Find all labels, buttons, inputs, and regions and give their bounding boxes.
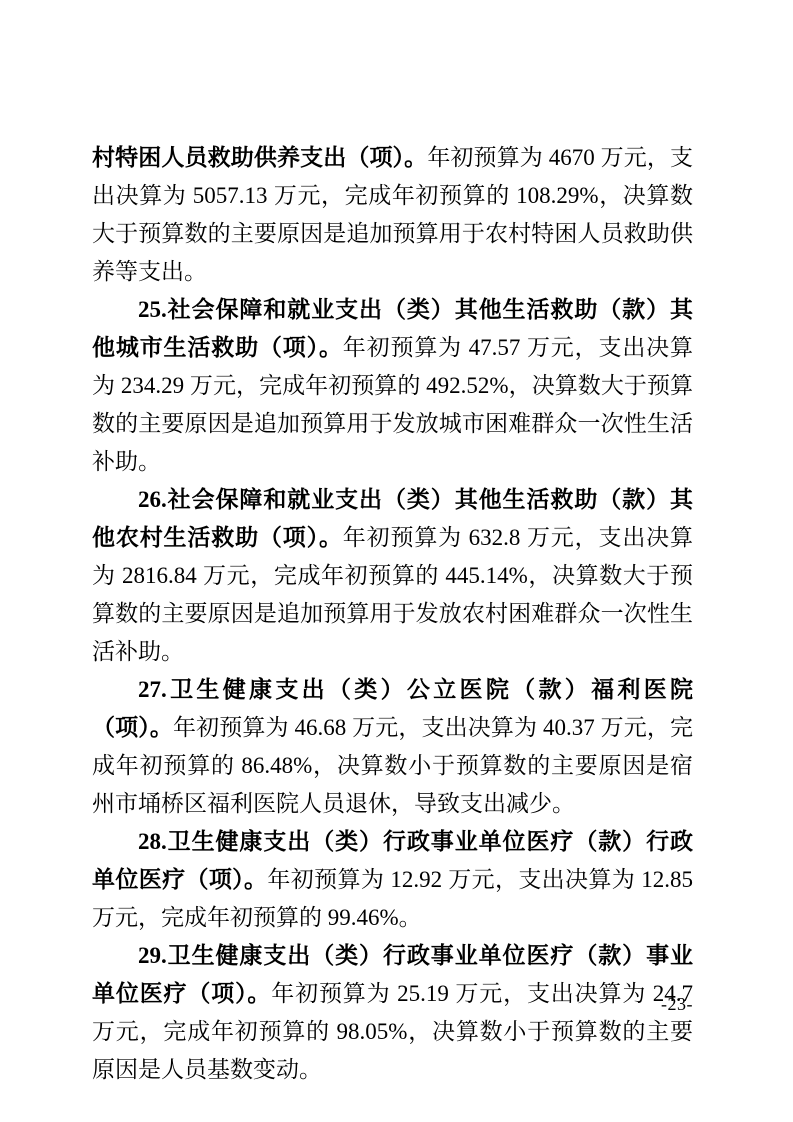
- page-number: -23-: [661, 994, 693, 1014]
- item-heading: 村特困人员救助供养支出（项）。: [92, 145, 427, 170]
- paragraph-continued: 村特困人员救助供养支出（项）。年初预算为 4670 万元，支出决算为 5057.…: [92, 139, 693, 291]
- document-body: 村特困人员救助供养支出（项）。年初预算为 4670 万元，支出决算为 5057.…: [92, 139, 693, 1089]
- document-page: 村特困人员救助供养支出（项）。年初预算为 4670 万元，支出决算为 5057.…: [0, 0, 793, 1122]
- paragraph-item-27: 27.卫生健康支出（类）公立医院（款）福利医院（项）。年初预算为 46.68 万…: [92, 671, 693, 823]
- paragraph-item-25: 25.社会保障和就业支出（类）其他生活救助（款）其他城市生活救助（项）。年初预算…: [92, 291, 693, 481]
- paragraph-item-28: 28.卫生健康支出（类）行政事业单位医疗（款）行政单位医疗（项）。年初预算为 1…: [92, 823, 693, 937]
- paragraph-item-29: 29.卫生健康支出（类）行政事业单位医疗（款）事业单位医疗（项）。年初预算为 2…: [92, 937, 693, 1089]
- paragraph-item-26: 26.社会保障和就业支出（类）其他生活救助（款）其他农村生活救助（项）。年初预算…: [92, 481, 693, 671]
- paragraph-text: 年初预算为 46.68 万元，支出决算为 40.37 万元，完成年初预算的 86…: [92, 715, 693, 816]
